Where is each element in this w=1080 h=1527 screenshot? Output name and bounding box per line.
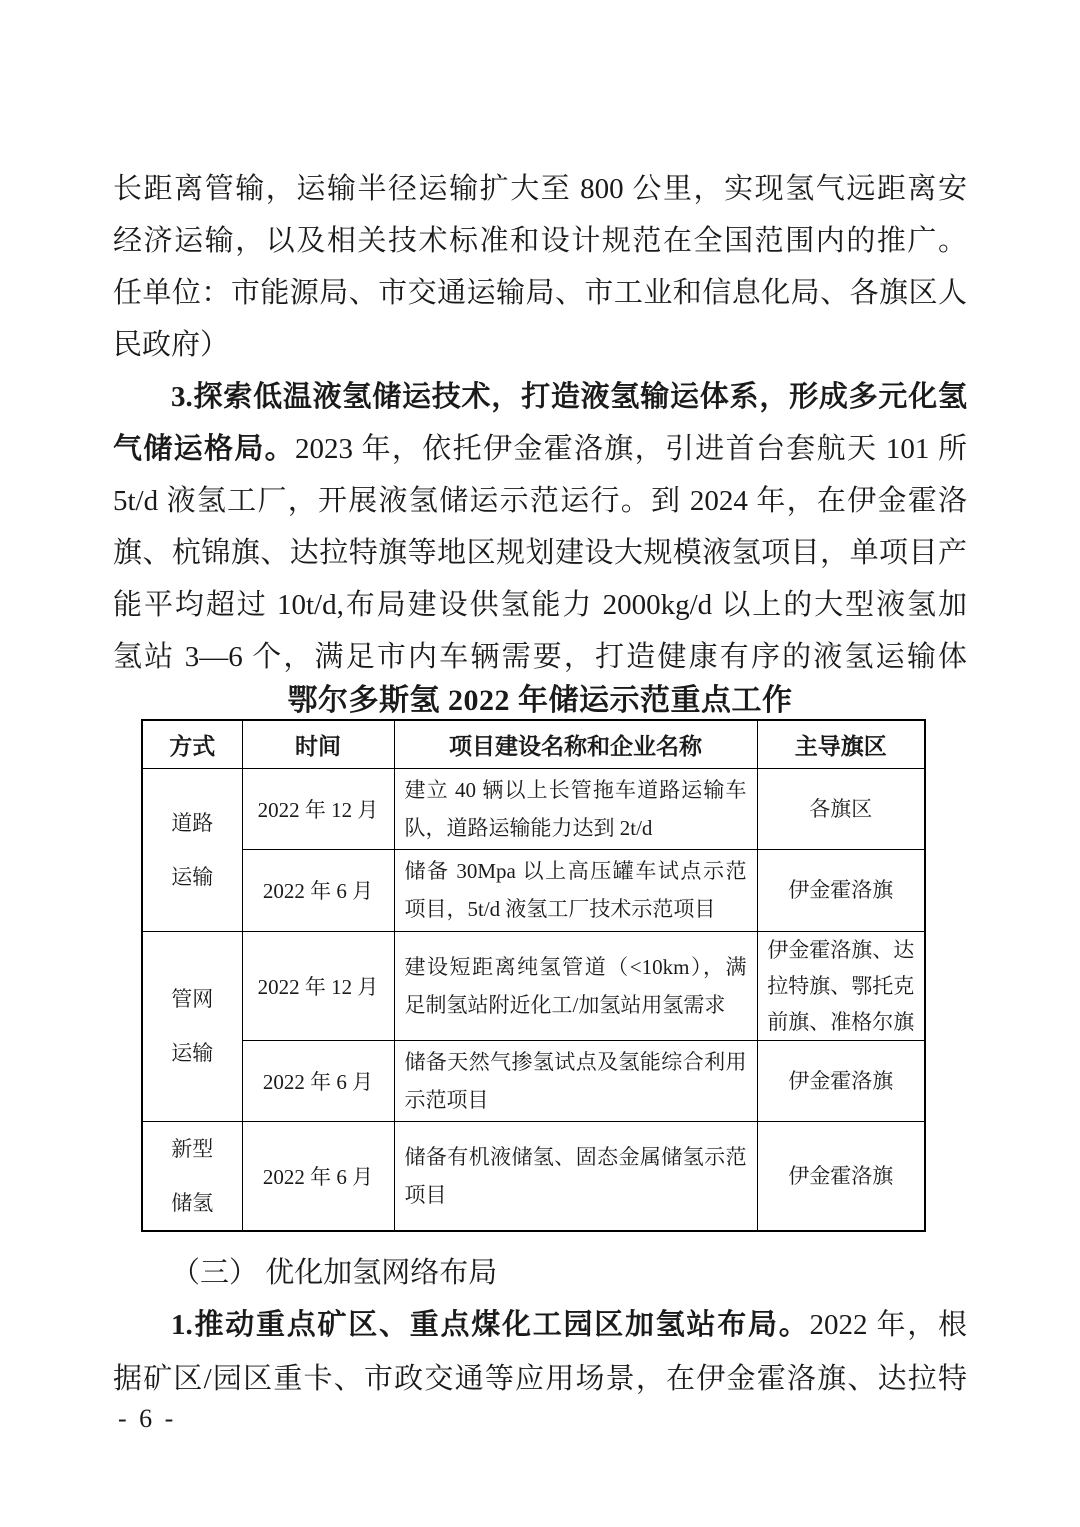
table-row: 2022 年 6 月 储备 30Mpa 以上高压罐车试点示范项目，5t/d 液氢… xyxy=(142,849,925,931)
region-cell: 伊金霍洛旗 xyxy=(757,1121,925,1231)
mode-text: 储氢 xyxy=(143,1176,242,1230)
header-project: 项目建设名称和企业名称 xyxy=(394,720,757,768)
bold-lead-in: 3.探索低温液氢储运技术，打造液氢输运体系，形成多元化氢 xyxy=(171,381,967,413)
mode-text: 新型 xyxy=(143,1122,242,1176)
time-cell: 2022 年 12 月 xyxy=(242,931,394,1040)
region-cell: 伊金霍洛旗 xyxy=(757,849,925,931)
region-cell: 各旗区 xyxy=(757,768,925,849)
bold-lead-in: 气储运格局。 xyxy=(113,433,295,465)
table-header-row: 方式 时间 项目建设名称和企业名称 主导旗区 xyxy=(142,720,925,768)
table-row: 管网 运输 2022 年 12 月 建设短距离纯氢管道（<10km），满足制氢站… xyxy=(142,931,925,1040)
text-line: 长距离管输，运输半径运输扩大至 800 公里，实现氢气远距离安全、 xyxy=(113,163,967,215)
mode-cell-new-storage: 新型 储氢 xyxy=(142,1121,242,1231)
time-cell: 2022 年 12 月 xyxy=(242,768,394,849)
text-line: 旗、杭锦旗、达拉特旗等地区规划建设大规模液氢项目，单项目产 xyxy=(113,527,967,579)
text-line: 氢站 3—6 个，满足市内车辆需要，打造健康有序的液氢运输体系。 xyxy=(113,631,967,683)
project-cell: 储备有机液储氢、固态金属储氢示范项目 xyxy=(394,1121,757,1231)
time-cell: 2022 年 6 月 xyxy=(242,1040,394,1121)
mode-cell-pipeline-transport: 管网 运输 xyxy=(142,931,242,1121)
table-row: 道路 运输 2022 年 12 月 建立 40 辆以上长管拖车道路运输车队，道路… xyxy=(142,768,925,849)
time-cell: 2022 年 6 月 xyxy=(242,849,394,931)
table-title: 鄂尔多斯氢 2022 年储运示范重点工作 xyxy=(113,683,967,719)
region-cell: 伊金霍洛旗 xyxy=(757,1040,925,1121)
page-content: 长距离管输，运输半径运输扩大至 800 公里，实现氢气远距离安全、 经济运输，以… xyxy=(113,163,967,1406)
text-line: 据矿区/园区重卡、市政交通等应用场景，在伊金霍洛旗、达拉特 xyxy=(113,1352,967,1406)
section-heading-three: （三） 优化加氢网络布局 xyxy=(113,1252,967,1294)
text-line: 3.探索低温液氢储运技术，打造液氢输运体系，形成多元化氢 xyxy=(113,371,967,423)
document-page: 长距离管输，运输半径运输扩大至 800 公里，实现氢气远距离安全、 经济运输，以… xyxy=(0,0,1080,1527)
storage-transport-demo-table: 方式 时间 项目建设名称和企业名称 主导旗区 道路 运输 2022 年 12 月… xyxy=(141,719,926,1232)
text-line: 5t/d 液氢工厂，开展液氢储运示范运行。到 2024 年，在伊金霍洛 xyxy=(113,475,967,527)
header-time: 时间 xyxy=(242,720,394,768)
text-line: 经济运输，以及相关技术标准和设计规范在全国范围内的推广。（责 xyxy=(113,215,967,267)
paragraph-liquid-hydrogen: 3.探索低温液氢储运技术，打造液氢输运体系，形成多元化氢 气储运格局。2023 … xyxy=(113,371,967,683)
mode-cell-road-transport: 道路 运输 xyxy=(142,768,242,931)
page-number: - 6 - xyxy=(118,1404,176,1434)
table-row: 新型 储氢 2022 年 6 月 储备有机液储氢、固态金属储氢示范项目 伊金霍洛… xyxy=(142,1121,925,1231)
project-cell: 储备天然气掺氢试点及氢能综合利用示范项目 xyxy=(394,1040,757,1121)
text-run: 2022 年，根 xyxy=(809,1309,967,1341)
project-cell: 建设短距离纯氢管道（<10km），满足制氢站附近化工/加氢站用氢需求 xyxy=(394,931,757,1040)
mode-text: 管网 xyxy=(143,972,242,1026)
time-cell: 2022 年 6 月 xyxy=(242,1121,394,1231)
region-cell: 伊金霍洛旗、达拉特旗、鄂托克前旗、准格尔旗 xyxy=(757,931,925,1040)
header-region: 主导旗区 xyxy=(757,720,925,768)
mode-text: 运输 xyxy=(143,1026,242,1080)
text-line: 民政府） xyxy=(113,319,967,371)
project-cell: 储备 30Mpa 以上高压罐车试点示范项目，5t/d 液氢工厂技术示范项目 xyxy=(394,849,757,931)
text-line: 1.推动重点矿区、重点煤化工园区加氢站布局。2022 年，根 xyxy=(113,1298,967,1352)
mode-text: 运输 xyxy=(143,850,242,904)
header-mode: 方式 xyxy=(142,720,242,768)
paragraph-refueling-stations: 1.推动重点矿区、重点煤化工园区加氢站布局。2022 年，根 据矿区/园区重卡、… xyxy=(113,1298,967,1406)
project-cell: 建立 40 辆以上长管拖车道路运输车队，道路运输能力达到 2t/d xyxy=(394,768,757,849)
text-run: 2023 年，依托伊金霍洛旗，引进首台套航天 101 所 xyxy=(295,433,967,465)
text-line: 能平均超过 10t/d,布局建设供氢能力 2000kg/d 以上的大型液氢加 xyxy=(113,579,967,631)
mode-text: 道路 xyxy=(143,796,242,850)
table-row: 2022 年 6 月 储备天然气掺氢试点及氢能综合利用示范项目 伊金霍洛旗 xyxy=(142,1040,925,1121)
paragraph-pipeline-transport: 长距离管输，运输半径运输扩大至 800 公里，实现氢气远距离安全、 经济运输，以… xyxy=(113,163,967,371)
bold-lead-in: 1.推动重点矿区、重点煤化工园区加氢站布局。 xyxy=(171,1309,809,1341)
text-line: 任单位：市能源局、市交通运输局、市工业和信息化局、各旗区人 xyxy=(113,267,967,319)
text-line: 气储运格局。2023 年，依托伊金霍洛旗，引进首台套航天 101 所 xyxy=(113,423,967,475)
